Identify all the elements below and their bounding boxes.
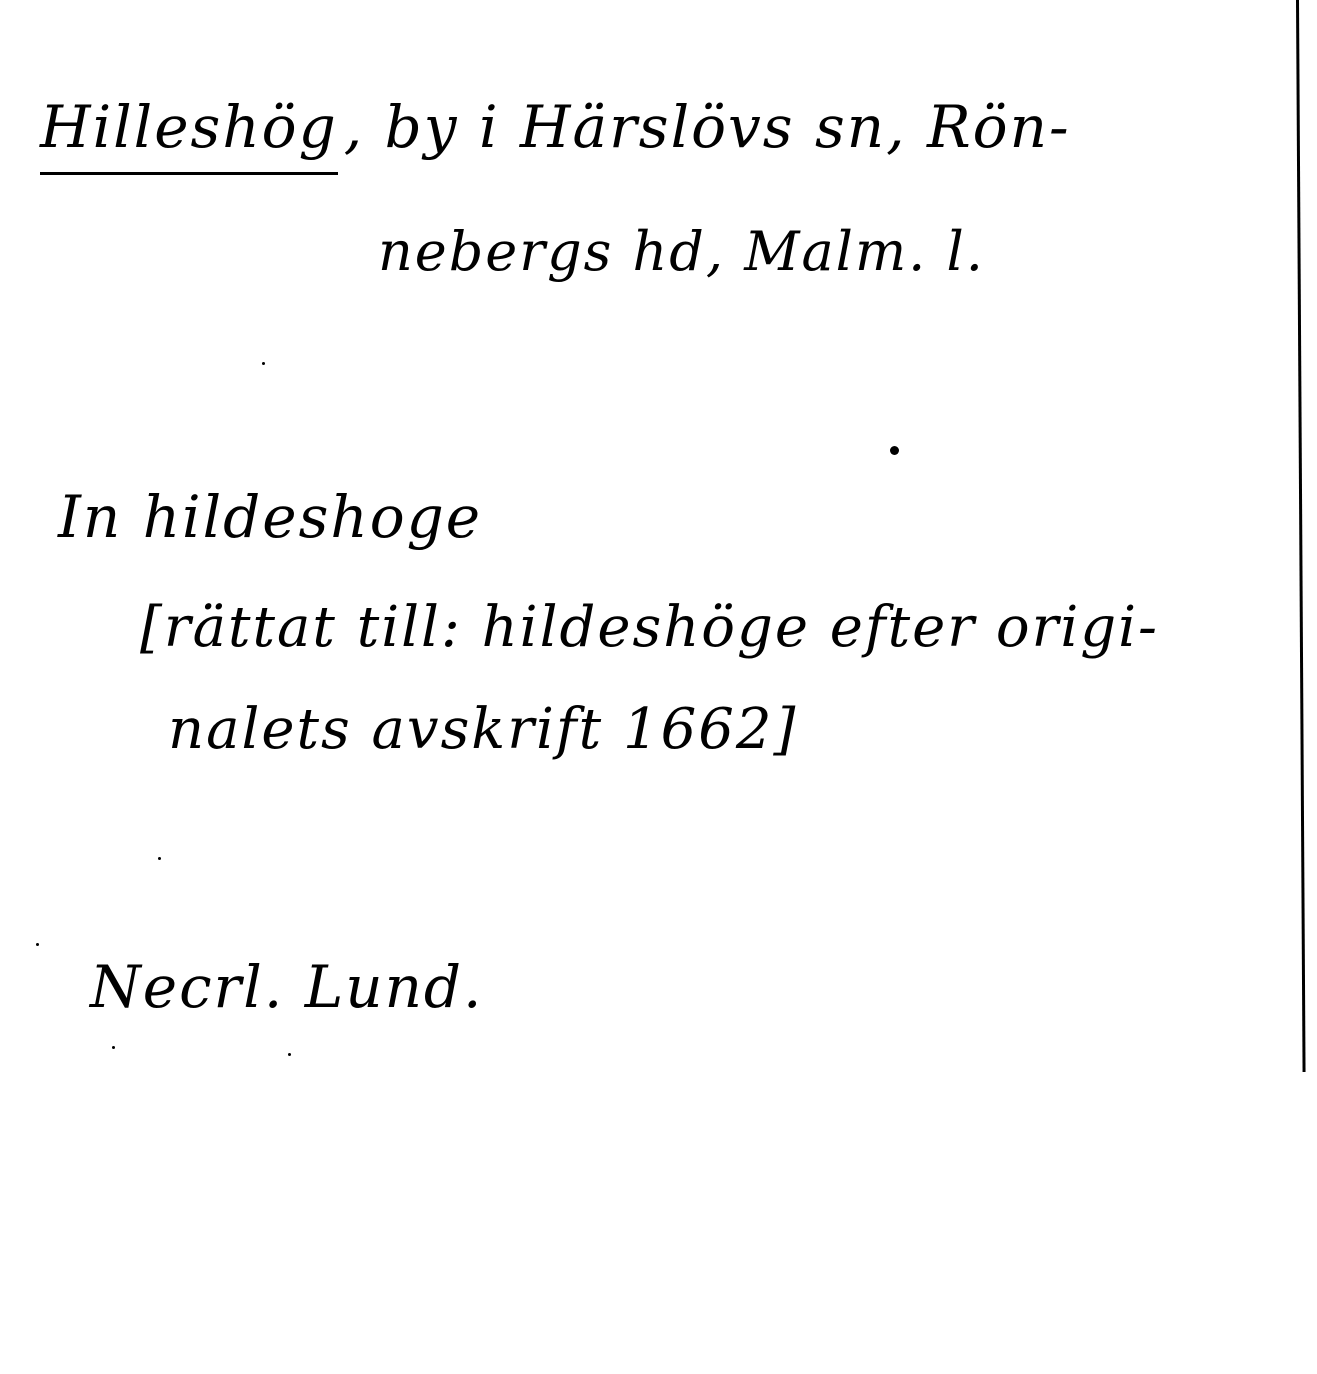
ink-speck (288, 1053, 291, 1056)
headword-line: Hilleshög, by i Härslövs sn, Rön- (40, 92, 1071, 175)
source-reference: Necrl. Lund. (90, 952, 484, 1022)
headword-description: , by i Härslövs sn, Rön- (344, 93, 1071, 161)
ink-speck (36, 943, 39, 946)
ink-speck (262, 362, 265, 365)
attested-form: In hildeshoge (58, 482, 482, 552)
correction-note-line1: [rättat till: hildeshöge efter origi- (140, 594, 1159, 662)
headword-name: Hilleshög (40, 92, 338, 175)
correction-note-line2: nalets avskrift 1662] (168, 696, 797, 764)
card-edge-line (1296, 0, 1306, 1072)
index-card: Hilleshög, by i Härslövs sn, Rön- neberg… (0, 0, 1317, 1374)
ink-speck (112, 1046, 115, 1049)
headword-description-continued: nebergs hd, Malm. l. (378, 220, 985, 284)
ink-speck (158, 857, 161, 860)
ink-dot (890, 446, 899, 455)
